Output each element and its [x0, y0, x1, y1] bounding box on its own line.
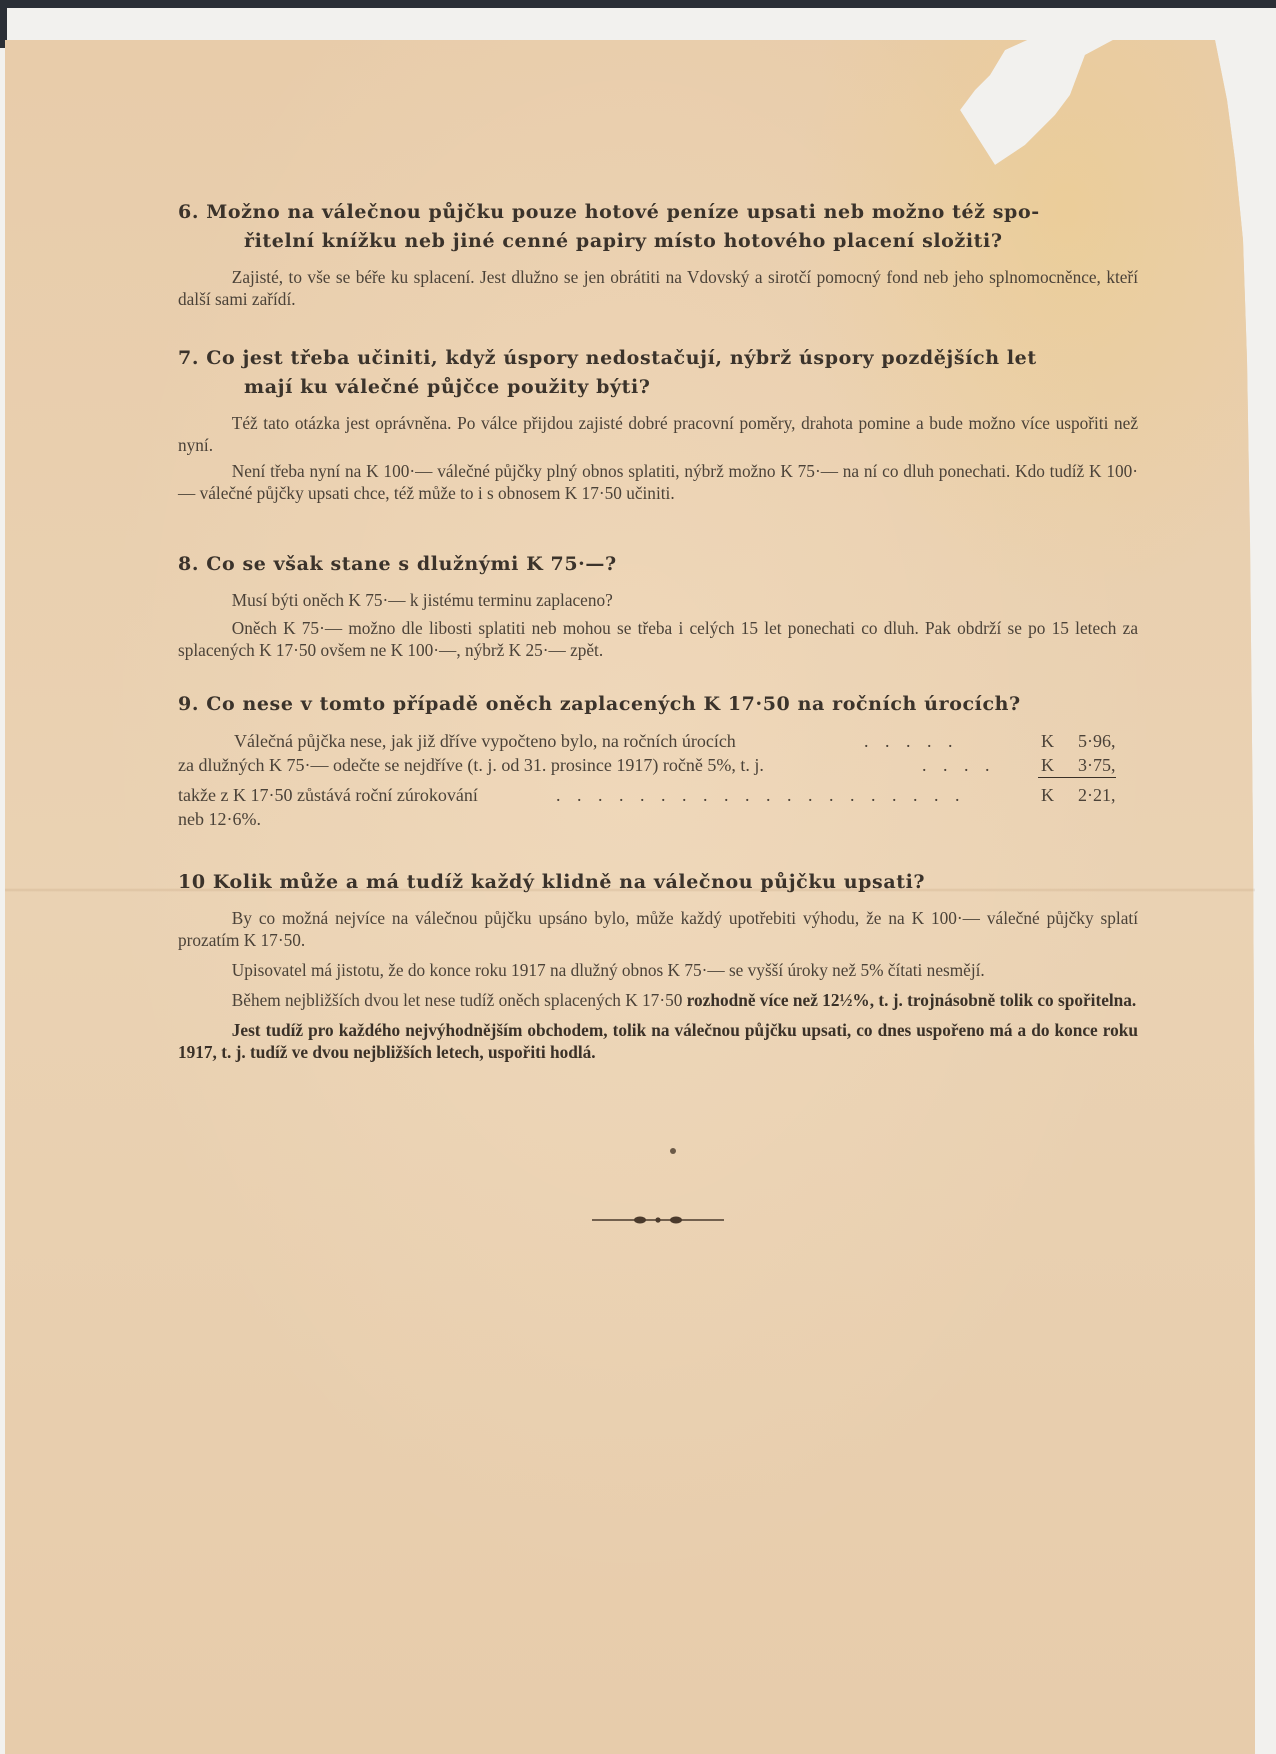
answer-7-paragraph-2: Není třeba nyní na K 100·— válečné půjčk… — [178, 460, 1138, 504]
subtotal-rule — [1038, 777, 1116, 778]
calc-row-2-dots: . . . . — [922, 755, 996, 776]
calc-result-percent: neb 12·6%. — [178, 809, 261, 830]
answer-7-paragraph-1: Též tato otázka jest oprávněna. Po válce… — [178, 412, 1138, 456]
section-10: 10 Kolik může a má tudíž každý klidně na… — [178, 868, 1113, 1063]
question-8: 8. Co se však stane s dlužnými K 75·—? — [178, 550, 1113, 579]
calc-row-1: Válečná půjčka nese, jak již dříve vypoč… — [178, 731, 1113, 755]
answer-6-paragraph-1: Zajisté, to vše se béře ku splacení. Jes… — [178, 266, 1138, 310]
calc-row-3-currency: K — [1041, 785, 1054, 806]
calc-row-2: za dlužných K 75·— odečte se nejdříve (t… — [178, 755, 1113, 779]
answer-10-paragraph-3: Během nejbližších dvou let nese tudíž on… — [178, 989, 1138, 1011]
question-6-line-1: 6. Možno na válečnou půjčku pouze hotové… — [178, 201, 1040, 223]
question-6-line-2: řitelní knížku neb jiné cenné papiry mís… — [244, 230, 1003, 252]
answer-10-paragraph-3-bold: rozhodně více než 12½%, t. j. trojnásobn… — [687, 990, 1137, 1010]
question-8-line-1: 8. Co se však stane s dlužnými K 75·—? — [178, 553, 617, 575]
question-7-line-1: 7. Co jest třeba učiniti, když úspory ne… — [178, 347, 1037, 369]
section-7: 7. Co jest třeba učiniti, když úspory ne… — [178, 344, 1113, 504]
calc-row-1-dots: . . . . . — [864, 731, 959, 752]
calc-row-2-currency: K — [1041, 755, 1054, 776]
answer-8-paragraph-2: Oněch K 75·— možno dle libosti splatiti … — [178, 617, 1138, 661]
interest-calculation: Válečná půjčka nese, jak již dříve vypoč… — [178, 731, 1113, 833]
calc-row-2-amount: 3·75, — [1078, 755, 1116, 776]
ornament-rule-icon — [592, 1215, 724, 1225]
question-9-line-1: 9. Co nese v tomto případě oněch zaplace… — [178, 693, 1021, 715]
calc-row-2-label: za dlužných K 75·— odečte se nejdříve (t… — [178, 755, 764, 776]
calc-row-1-label: Válečná půjčka nese, jak již dříve vypoč… — [234, 731, 736, 752]
question-10-line-1: 10 Kolik může a má tudíž každý klidně na… — [178, 871, 925, 893]
ink-speck — [670, 1148, 676, 1154]
answer-8-paragraph-1: Musí býti oněch K 75·— k jistému terminu… — [178, 589, 1138, 611]
closing-paragraph: Jest tudíž pro každého nejvýhodnějším ob… — [178, 1019, 1138, 1063]
calc-row-3-amount: 2·21, — [1078, 785, 1116, 806]
answer-10-paragraph-2: Upisovatel má jistotu, že do konce roku … — [178, 959, 1138, 981]
section-8: 8. Co se však stane s dlužnými K 75·—? M… — [178, 550, 1113, 661]
answer-10-paragraph-1: By co možná nejvíce na válečnou půjčku u… — [178, 907, 1138, 951]
calc-row-3-label: takže z K 17·50 zůstává roční zúrokování — [178, 785, 478, 806]
answer-10-paragraph-3-normal: Během nejbližších dvou let nese tudíž on… — [232, 990, 687, 1010]
question-9: 9. Co nese v tomto případě oněch zaplace… — [178, 690, 1113, 719]
ornament-divider — [592, 1212, 724, 1218]
calc-row-3: takže z K 17·50 zůstává roční zúrokování… — [178, 785, 1113, 809]
calc-row-1-currency: K — [1041, 731, 1054, 752]
calc-row-1-amount: 5·96, — [1078, 731, 1116, 752]
question-10: 10 Kolik může a má tudíž každý klidně na… — [178, 868, 1113, 897]
question-7: 7. Co jest třeba učiniti, když úspory ne… — [178, 344, 1113, 402]
calc-row-4: neb 12·6%. — [178, 809, 1113, 833]
scanner-edge-top — [0, 0, 1276, 8]
question-6: 6. Možno na válečnou půjčku pouze hotové… — [178, 198, 1113, 256]
calc-row-3-dots: . . . . . . . . . . . . . . . . . . . . — [556, 785, 966, 806]
section-9: 9. Co nese v tomto případě oněch zaplace… — [178, 690, 1113, 833]
question-7-line-2: mají ku válečné půjčce použity býti? — [244, 376, 651, 398]
section-6: 6. Možno na válečnou půjčku pouze hotové… — [178, 198, 1113, 310]
